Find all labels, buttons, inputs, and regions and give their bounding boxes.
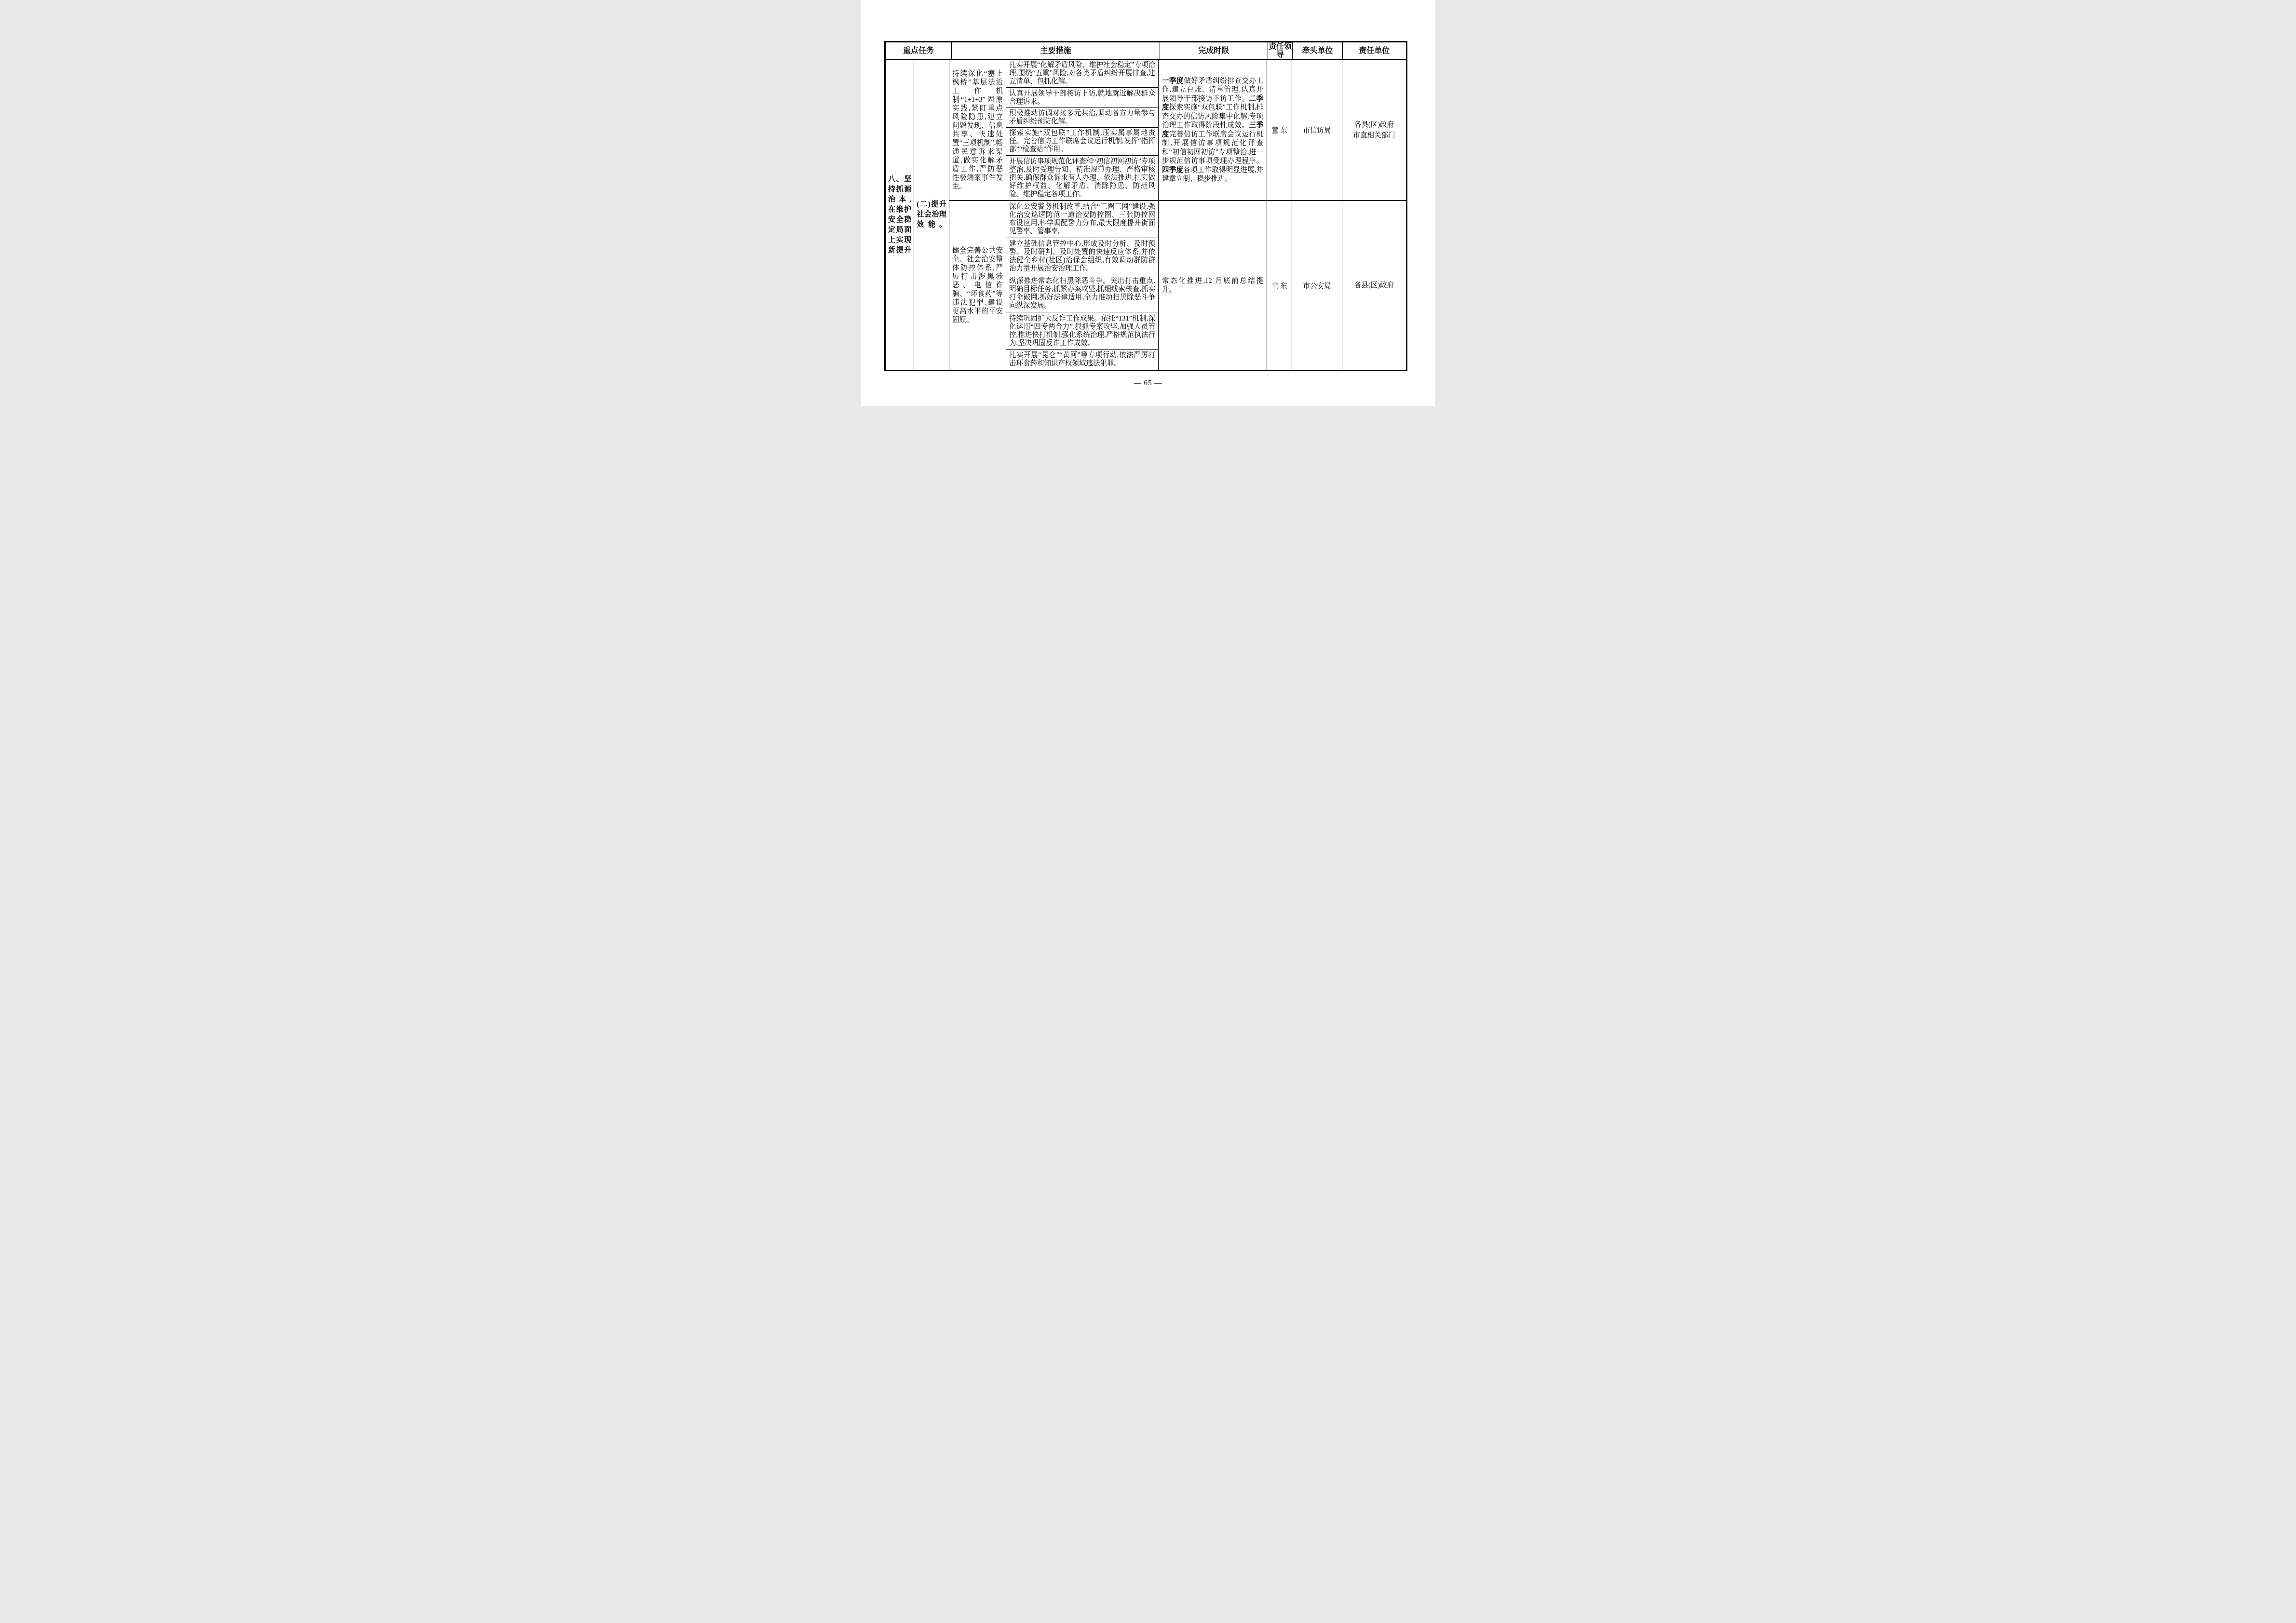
measure-text: 积极推动访调对接多元共治,调动各方力量参与矛盾纠纷预防化解。 xyxy=(1009,109,1155,126)
cell-key-task: 八、坚持抓源治本,在维护安全稳定局面上实现新提升 xyxy=(886,60,914,370)
measure-item: 认真开展领导干部接访下访,就地就近解决群众合理诉求。 xyxy=(1006,88,1158,107)
block1-lead-unit-cell: 市信访局 xyxy=(1292,60,1342,200)
block2-deadline-cell: 常态化推进,12 月底前总结提升。 xyxy=(1159,201,1267,370)
block2-responsible-unit-cell: 各县(区)政府 xyxy=(1342,201,1406,370)
table-body: 八、坚持抓源治本,在维护安全稳定局面上实现新提升 (二)提升社会治理效能。 持续… xyxy=(886,60,1406,370)
table-header-row: 重点任务 主要措施 完成时限 责任领导 牵头单位 责任单位 xyxy=(886,42,1406,60)
measure-item: 扎实开展“昆仑”“黄河”等专项行动,依法严厉打击环食药和知识产权领域违法犯罪。 xyxy=(1006,350,1158,370)
measure-item: 开展信访事项规范化评查和“初信初网初访”专项整治,及时受理告知、精准规范办理、严… xyxy=(1006,156,1158,200)
task-block-1: 持续深化“塞上枫桥”基层法治工作机制“1+1+3”固原实践,紧盯重点风险隐患,建… xyxy=(949,60,1406,201)
sub-task-text: (二)提升社会治理效能。 xyxy=(917,200,946,230)
block1-leader-cell: 童 东 xyxy=(1267,60,1292,200)
measure-text: 开展信访事项规范化评查和“初信初网初访”专项整治,及时受理告知、精准规范办理、严… xyxy=(1009,158,1155,199)
header-deadline: 完成时限 xyxy=(1160,42,1268,59)
page-number: — 65 — xyxy=(861,379,1435,388)
header-key-tasks: 重点任务 xyxy=(886,42,952,59)
block2-lead-unit-cell: 市公安局 xyxy=(1292,201,1342,370)
measure-item: 持续巩固扩大反诈工作成果。依托“131”机制,深化运用“四专两合力”,狠抓专案攻… xyxy=(1006,312,1158,350)
task-blocks: 持续深化“塞上枫桥”基层法治工作机制“1+1+3”固原实践,紧盯重点风险隐患,建… xyxy=(949,60,1406,370)
block1-deadline-text: 一季度做好矛盾纠纷排查交办工作,建立台账、清单管理,认真开展领导干部接访下访工作… xyxy=(1162,77,1263,184)
measure-item: 探索实施“双包联”工作机制,压实属事属地责任。完善信访工作联席会议运行机制,发挥… xyxy=(1006,128,1158,156)
block1-description-cell: 持续深化“塞上枫桥”基层法治工作机制“1+1+3”固原实践,紧盯重点风险隐患,建… xyxy=(949,60,1006,200)
key-task-text: 八、坚持抓源治本,在维护安全稳定局面上实现新提升 xyxy=(888,174,911,255)
q4-label: 四季度 xyxy=(1162,166,1183,174)
measure-text: 扎实开展“昆仑”“黄河”等专项行动,依法严厉打击环食药和知识产权领域违法犯罪。 xyxy=(1009,351,1155,368)
task-block-2: 健全完善公共安全、社会治安整体防控体系,严厉打击涉黑涉恶、电信诈骗、“环食药”等… xyxy=(949,201,1406,370)
responsible-unit-line: 市直相关部门 xyxy=(1353,130,1395,141)
block2-description-cell: 健全完善公共安全、社会治安整体防控体系,严厉打击涉黑涉恶、电信诈骗、“环食药”等… xyxy=(949,201,1006,370)
block2-leader-cell: 童 东 xyxy=(1267,201,1292,370)
block1-responsible-unit-cell: 各县(区)政府 市直相关部门 xyxy=(1342,60,1406,200)
measure-item: 建立基础信息管控中心,形成及时分析、及时预警、及时研判、及时处置的快速反应体系,… xyxy=(1006,238,1158,275)
header-responsible-unit: 责任单位 xyxy=(1343,42,1406,59)
block1-measures: 扎实开展“化解矛盾风险、维护社会稳定”专项治理,围绕“五重”风险,对各类矛盾纠纷… xyxy=(1006,60,1159,200)
block1-description: 持续深化“塞上枫桥”基层法治工作机制“1+1+3”固原实践,紧盯重点风险隐患,建… xyxy=(952,69,1003,191)
document-page: 重点任务 主要措施 完成时限 责任领导 牵头单位 责任单位 八、坚持抓源治本,在… xyxy=(861,0,1435,406)
q2-text: 探索实施“双包联”工作机制,排查交办的信访风险集中化解,专项治理工作取得阶段性成… xyxy=(1162,104,1263,129)
measure-text: 建立基础信息管控中心,形成及时分析、及时预警、及时研判、及时处置的快速反应体系,… xyxy=(1009,240,1155,273)
header-lead-unit: 牵头单位 xyxy=(1293,42,1342,59)
measure-text: 深化公安警务机制改革,结合“三圈三网”建设,强化治安巡逻防范一道治安防控圈、三张… xyxy=(1009,203,1155,236)
measure-text: 扎实开展“化解矛盾风险、维护社会稳定”专项治理,围绕“五重”风险,对各类矛盾纠纷… xyxy=(1009,61,1155,86)
q3-text: 完善信访工作联席会议运行机制,开展信访事项规范化评查和“初信初网初访”专项整治,… xyxy=(1162,131,1263,165)
measure-text: 纵深推进常态化扫黑除恶斗争。突出打击重点,明确目标任务,抓紧办案攻坚,抓细线索核… xyxy=(1009,277,1155,310)
measure-text: 认真开展领导干部接访下访,就地就近解决群众合理诉求。 xyxy=(1009,90,1155,106)
cell-sub-task: (二)提升社会治理效能。 xyxy=(914,60,949,370)
measure-item: 积极推动访调对接多元共治,调动各方力量参与矛盾纠纷预防化解。 xyxy=(1006,108,1158,128)
header-responsible-leader: 责任领导 xyxy=(1268,42,1293,59)
measure-text: 探索实施“双包联”工作机制,压实属事属地责任。完善信访工作联席会议运行机制,发挥… xyxy=(1009,129,1155,154)
header-main-measures: 主要措施 xyxy=(952,42,1160,59)
block2-measures: 深化公安警务机制改革,结合“三圈三网”建设,强化治安巡逻防范一道治安防控圈、三张… xyxy=(1006,201,1159,370)
measure-item: 纵深推进常态化扫黑除恶斗争。突出打击重点,明确目标任务,抓紧办案攻坚,抓细线索核… xyxy=(1006,275,1158,312)
block1-deadline-cell: 一季度做好矛盾纠纷排查交办工作,建立台账、清单管理,认真开展领导干部接访下访工作… xyxy=(1159,60,1267,200)
measure-item: 扎实开展“化解矛盾风险、维护社会稳定”专项治理,围绕“五重”风险,对各类矛盾纠纷… xyxy=(1006,60,1158,88)
block2-description: 健全完善公共安全、社会治安整体防控体系,严厉打击涉黑涉恶、电信诈骗、“环食药”等… xyxy=(952,246,1003,324)
measure-text: 持续巩固扩大反诈工作成果。依托“131”机制,深化运用“四专两合力”,狠抓专案攻… xyxy=(1009,315,1155,348)
work-plan-table: 重点任务 主要措施 完成时限 责任领导 牵头单位 责任单位 八、坚持抓源治本,在… xyxy=(884,41,1407,371)
responsible-unit-line: 各县(区)政府 xyxy=(1354,120,1394,130)
responsible-unit-line: 各县(区)政府 xyxy=(1354,280,1394,291)
q1-label: 一季度 xyxy=(1162,77,1184,85)
measure-item: 深化公安警务机制改革,结合“三圈三网”建设,强化治安巡逻防范一道治安防控圈、三张… xyxy=(1006,201,1158,238)
block2-deadline-text: 常态化推进,12 月底前总结提升。 xyxy=(1162,277,1263,295)
